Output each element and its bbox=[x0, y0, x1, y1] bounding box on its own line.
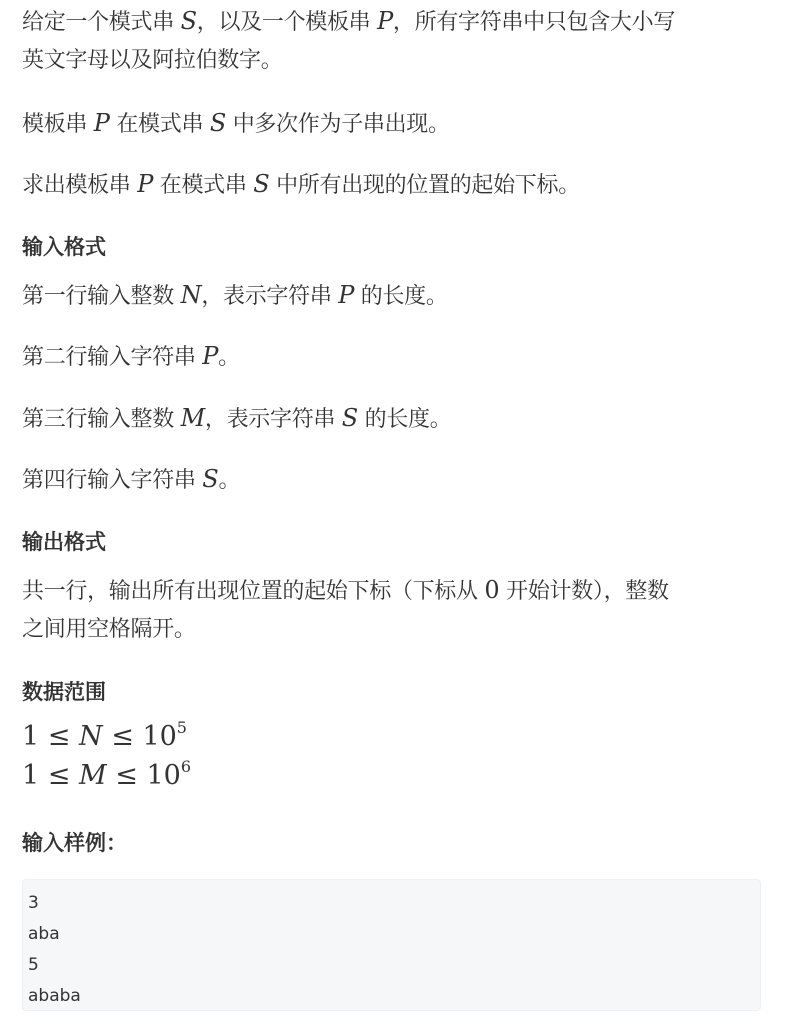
text: 给定一个模式串 bbox=[22, 10, 181, 35]
math-number: 0 bbox=[484, 576, 499, 604]
math-number: 1 bbox=[22, 760, 39, 791]
math-operator: ≤ bbox=[48, 721, 71, 752]
input-format-heading: 输入格式 bbox=[22, 232, 106, 262]
math-var: S bbox=[210, 109, 226, 137]
text: ，表示字符串 bbox=[201, 284, 338, 309]
description-paragraph-1: 给定一个模式串 S，以及一个模板串 P，所有字符串中只包含大小写 英文字母以及阿… bbox=[22, 2, 675, 80]
math-operator: ≤ bbox=[111, 721, 134, 752]
math-var: M bbox=[79, 760, 107, 791]
math-var: P bbox=[137, 170, 153, 198]
data-range-heading: 数据范围 bbox=[22, 677, 106, 707]
math-number: 10 bbox=[146, 760, 180, 791]
math-var: N bbox=[181, 281, 202, 309]
math-operator: ≤ bbox=[48, 760, 71, 791]
text: 的长度。 bbox=[358, 407, 452, 432]
text: 第三行输入整数 bbox=[22, 407, 181, 432]
code-line: ababa bbox=[28, 981, 760, 1012]
text: ，表示字符串 bbox=[205, 407, 342, 432]
text: 模板串 bbox=[22, 112, 94, 137]
text: ，以及一个模板串 bbox=[197, 10, 377, 35]
math-var: S bbox=[181, 7, 197, 35]
math-var: N bbox=[79, 721, 103, 752]
math-operator: ≤ bbox=[115, 760, 138, 791]
text: 。 bbox=[218, 345, 240, 370]
math-var: P bbox=[377, 7, 393, 35]
sample-input-heading: 输入样例： bbox=[22, 828, 127, 858]
text: 之间用空格隔开。 bbox=[22, 617, 196, 642]
text: 求出模板串 bbox=[22, 173, 137, 198]
heading-text: 输入格式 bbox=[22, 232, 106, 262]
text: 第二行输入字符串 bbox=[22, 345, 202, 370]
sample-input-code-block[interactable]: 3 aba 5 ababa bbox=[22, 879, 761, 1011]
input-format-line-1: 第一行输入整数 N，表示字符串 P 的长度。 bbox=[22, 276, 448, 316]
text: 第四行输入字符串 bbox=[22, 468, 202, 493]
math-exponent: 5 bbox=[177, 718, 187, 737]
math-var: P bbox=[338, 281, 354, 309]
text: 第一行输入整数 bbox=[22, 284, 181, 309]
text: ，所有字符串中只包含大小写 bbox=[393, 10, 675, 35]
heading-text: 输出格式 bbox=[22, 527, 106, 557]
data-range-formula-1: 1 ≤ N ≤ 105 bbox=[22, 718, 187, 756]
text: 中多次作为子串出现。 bbox=[226, 112, 450, 137]
math-number: 10 bbox=[142, 721, 176, 752]
math-var: S bbox=[202, 465, 218, 493]
text: 。 bbox=[218, 468, 240, 493]
data-range-formula-2: 1 ≤ M ≤ 106 bbox=[22, 757, 191, 795]
text: 中所有出现的位置的起始下标。 bbox=[269, 173, 580, 198]
text: 在模式串 bbox=[110, 112, 210, 137]
description-paragraph-2: 模板串 P 在模式串 S 中多次作为子串出现。 bbox=[22, 104, 450, 144]
text: 英文字母以及阿拉伯数字。 bbox=[22, 48, 282, 73]
math-var: P bbox=[94, 109, 110, 137]
input-format-line-3: 第三行输入整数 M，表示字符串 S 的长度。 bbox=[22, 399, 451, 439]
heading-text: 数据范围 bbox=[22, 677, 106, 707]
output-format-heading: 输出格式 bbox=[22, 527, 106, 557]
output-format-paragraph: 共一行，输出所有出现位置的起始下标（下标从 0 开始计数），整数 之间用空格隔开… bbox=[22, 571, 669, 649]
text: 开始计数），整数 bbox=[499, 579, 668, 604]
math-exponent: 6 bbox=[181, 757, 191, 776]
math-var: S bbox=[342, 404, 358, 432]
text: 的长度。 bbox=[354, 284, 448, 309]
math-number: 1 bbox=[22, 721, 39, 752]
math-var: S bbox=[253, 170, 269, 198]
input-format-line-2: 第二行输入字符串 P。 bbox=[22, 337, 240, 377]
code-line: 5 bbox=[28, 950, 760, 981]
description-paragraph-3: 求出模板串 P 在模式串 S 中所有出现的位置的起始下标。 bbox=[22, 165, 580, 205]
input-format-line-4: 第四行输入字符串 S。 bbox=[22, 460, 240, 500]
math-var: P bbox=[202, 342, 218, 370]
math-var: M bbox=[181, 404, 205, 432]
text: 共一行，输出所有出现位置的起始下标（下标从 bbox=[22, 579, 484, 604]
heading-text: 输入样例： bbox=[22, 828, 127, 858]
text: 在模式串 bbox=[153, 173, 253, 198]
code-line: 3 bbox=[28, 888, 760, 919]
code-line: aba bbox=[28, 919, 760, 950]
